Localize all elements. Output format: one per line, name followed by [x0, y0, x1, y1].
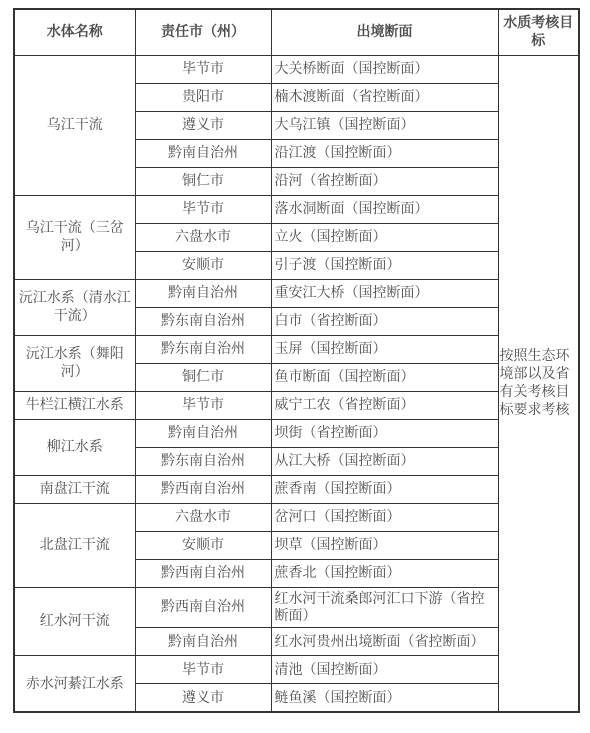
- city-cell: 毕节市: [135, 195, 271, 223]
- water-body-cell: 柳江水系: [14, 419, 135, 475]
- section-cell: 清池（国控断面）: [271, 656, 498, 684]
- header-water-body: 水体名称: [14, 9, 135, 55]
- city-cell: 铜仁市: [135, 363, 271, 391]
- section-cell: 玉屏（国控断面）: [271, 335, 498, 363]
- city-cell: 黔南自治州: [135, 279, 271, 307]
- section-cell: 沿江渡（国控断面）: [271, 139, 498, 167]
- water-quality-table: 水体名称 责任市（州） 出境断面 水质考核目标 乌江干流毕节市大关桥断面（国控断…: [13, 8, 580, 713]
- city-cell: 铜仁市: [135, 167, 271, 195]
- table-row: 沅江水系（清水江干流）黔南自治州重安江大桥（国控断面）: [14, 279, 579, 307]
- city-cell: 遵义市: [135, 111, 271, 139]
- city-cell: 黔南自治州: [135, 419, 271, 447]
- header-outbound-section: 出境断面: [271, 9, 498, 55]
- city-cell: 黔东南自治州: [135, 335, 271, 363]
- section-cell: 威宁工农（省控断面）: [271, 391, 498, 419]
- city-cell: 毕节市: [135, 55, 271, 83]
- water-body-cell: 沅江水系（清水江干流）: [14, 279, 135, 335]
- water-body-cell: 赤水河綦江水系: [14, 656, 135, 712]
- section-cell: 沿河（省控断面）: [271, 167, 498, 195]
- city-cell: 六盘水市: [135, 223, 271, 251]
- section-cell: 落水洞断面（国控断面）: [271, 195, 498, 223]
- section-cell: 重安江大桥（国控断面）: [271, 279, 498, 307]
- city-cell: 黔西南自治州: [135, 559, 271, 587]
- section-cell: 白市（省控断面）: [271, 307, 498, 335]
- city-cell: 黔东南自治州: [135, 307, 271, 335]
- city-cell: 黔东南自治州: [135, 447, 271, 475]
- table-row: 北盘江干流六盘水市岔河口（国控断面）: [14, 503, 579, 531]
- city-cell: 六盘水市: [135, 503, 271, 531]
- table-row: 柳江水系黔南自治州坝街（省控断面）: [14, 419, 579, 447]
- header-row: 水体名称 责任市（州） 出境断面 水质考核目标: [14, 9, 579, 55]
- water-body-cell: 牛栏江横江水系: [14, 391, 135, 419]
- assessment-target-cell: 按照生态环境部以及省有关考核目标要求考核: [498, 55, 579, 712]
- section-cell: 立火（国控断面）: [271, 223, 498, 251]
- section-cell: 岔河口（国控断面）: [271, 503, 498, 531]
- section-cell: 引子渡（国控断面）: [271, 251, 498, 279]
- section-cell: 大乌江镇（国控断面）: [271, 111, 498, 139]
- table-row: 牛栏江横江水系毕节市威宁工农（省控断面）: [14, 391, 579, 419]
- city-cell: 安顺市: [135, 251, 271, 279]
- header-responsible-city: 责任市（州）: [135, 9, 271, 55]
- section-cell: 鱼市断面（国控断面）: [271, 363, 498, 391]
- table-body: 乌江干流毕节市大关桥断面（国控断面）按照生态环境部以及省有关考核目标要求考核贵阳…: [14, 55, 579, 712]
- section-cell: 红水河干流桑郎河汇口下游（省控断面）: [271, 587, 498, 628]
- water-body-cell: 乌江干流（三岔河）: [14, 195, 135, 279]
- table-row: 乌江干流毕节市大关桥断面（国控断面）按照生态环境部以及省有关考核目标要求考核: [14, 55, 579, 83]
- page: 水体名称 责任市（州） 出境断面 水质考核目标 乌江干流毕节市大关桥断面（国控断…: [0, 0, 590, 721]
- section-cell: 蔗香北（国控断面）: [271, 559, 498, 587]
- water-body-cell: 红水河干流: [14, 587, 135, 656]
- water-body-cell: 北盘江干流: [14, 503, 135, 587]
- table-row: 沅江水系（舞阳河）黔东南自治州玉屏（国控断面）: [14, 335, 579, 363]
- section-cell: 红水河贵州出境断面（省控断面）: [271, 628, 498, 656]
- city-cell: 黔南自治州: [135, 139, 271, 167]
- section-cell: 大关桥断面（国控断面）: [271, 55, 498, 83]
- section-cell: 坝街（省控断面）: [271, 419, 498, 447]
- water-body-cell: 沅江水系（舞阳河）: [14, 335, 135, 391]
- water-body-cell: 南盘江干流: [14, 475, 135, 503]
- table-row: 南盘江干流黔西南自治州蔗香南（国控断面）: [14, 475, 579, 503]
- city-cell: 毕节市: [135, 656, 271, 684]
- city-cell: 黔南自治州: [135, 628, 271, 656]
- city-cell: 黔西南自治州: [135, 587, 271, 628]
- city-cell: 毕节市: [135, 391, 271, 419]
- table-header: 水体名称 责任市（州） 出境断面 水质考核目标: [14, 9, 579, 55]
- section-cell: 从江大桥（国控断面）: [271, 447, 498, 475]
- section-cell: 坝草（国控断面）: [271, 531, 498, 559]
- city-cell: 贵阳市: [135, 83, 271, 111]
- header-assessment-target: 水质考核目标: [498, 9, 579, 55]
- section-cell: 鲢鱼溪（国控断面）: [271, 684, 498, 712]
- table-row: 赤水河綦江水系毕节市清池（国控断面）: [14, 656, 579, 684]
- table-row: 乌江干流（三岔河）毕节市落水洞断面（国控断面）: [14, 195, 579, 223]
- water-body-cell: 乌江干流: [14, 55, 135, 195]
- section-cell: 楠木渡断面（省控断面）: [271, 83, 498, 111]
- city-cell: 黔西南自治州: [135, 475, 271, 503]
- city-cell: 遵义市: [135, 684, 271, 712]
- table-row: 红水河干流黔西南自治州红水河干流桑郎河汇口下游（省控断面）: [14, 587, 579, 628]
- city-cell: 安顺市: [135, 531, 271, 559]
- section-cell: 蔗香南（国控断面）: [271, 475, 498, 503]
